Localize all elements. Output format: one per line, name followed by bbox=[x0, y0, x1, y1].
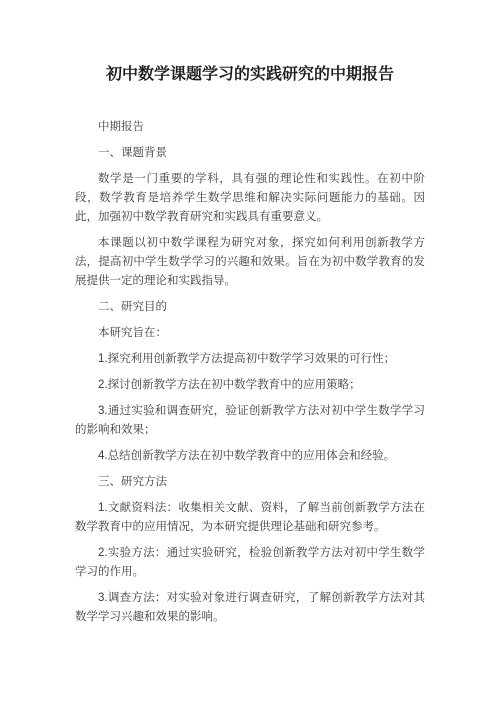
background-paragraph-2: 本课题以初中数学课程为研究对象，探究如何利用创新教学方法，提高初中学生数学学习的… bbox=[75, 234, 425, 291]
method-item-2: 2.实验方法：通过实验研究，检验创新教学方法对初中学生数学学习的作用。 bbox=[75, 544, 425, 582]
section-heading-methods: 三、研究方法 bbox=[75, 473, 425, 492]
report-label: 中期报告 bbox=[75, 118, 425, 137]
method-item-3: 3.调查方法：对实验对象进行调查研究，了解创新教学方法对其数学学习兴趣和效果的影… bbox=[75, 589, 425, 627]
purpose-item-2: 2.探讨创新教学方法在初中数学教育中的应用策略； bbox=[75, 376, 425, 395]
document-page: 初中数学课题学习的实践研究的中期报告 中期报告 一、课题背景 数学是一门重要的学… bbox=[0, 0, 500, 707]
document-title: 初中数学课题学习的实践研究的中期报告 bbox=[75, 62, 425, 86]
purpose-intro: 本研究旨在： bbox=[75, 324, 425, 343]
purpose-item-1: 1.探究利用创新教学方法提高初中数学学习效果的可行性； bbox=[75, 350, 425, 369]
purpose-item-3: 3.通过实验和调查研究，验证创新教学方法对初中学生数学学习的影响和效果； bbox=[75, 402, 425, 440]
purpose-item-4: 4.总结创新教学方法在初中数学教育中的应用体会和经验。 bbox=[75, 447, 425, 466]
section-heading-background: 一、课题背景 bbox=[75, 144, 425, 163]
background-paragraph-1: 数学是一门重要的学科，具有强的理论性和实践性。在初中阶段，数学教育是培养学生数学… bbox=[75, 170, 425, 227]
section-heading-purpose: 二、研究目的 bbox=[75, 298, 425, 317]
method-item-1: 1.文献资料法：收集相关文献、资料，了解当前创新教学方法在数学教育中的应用情况，… bbox=[75, 499, 425, 537]
